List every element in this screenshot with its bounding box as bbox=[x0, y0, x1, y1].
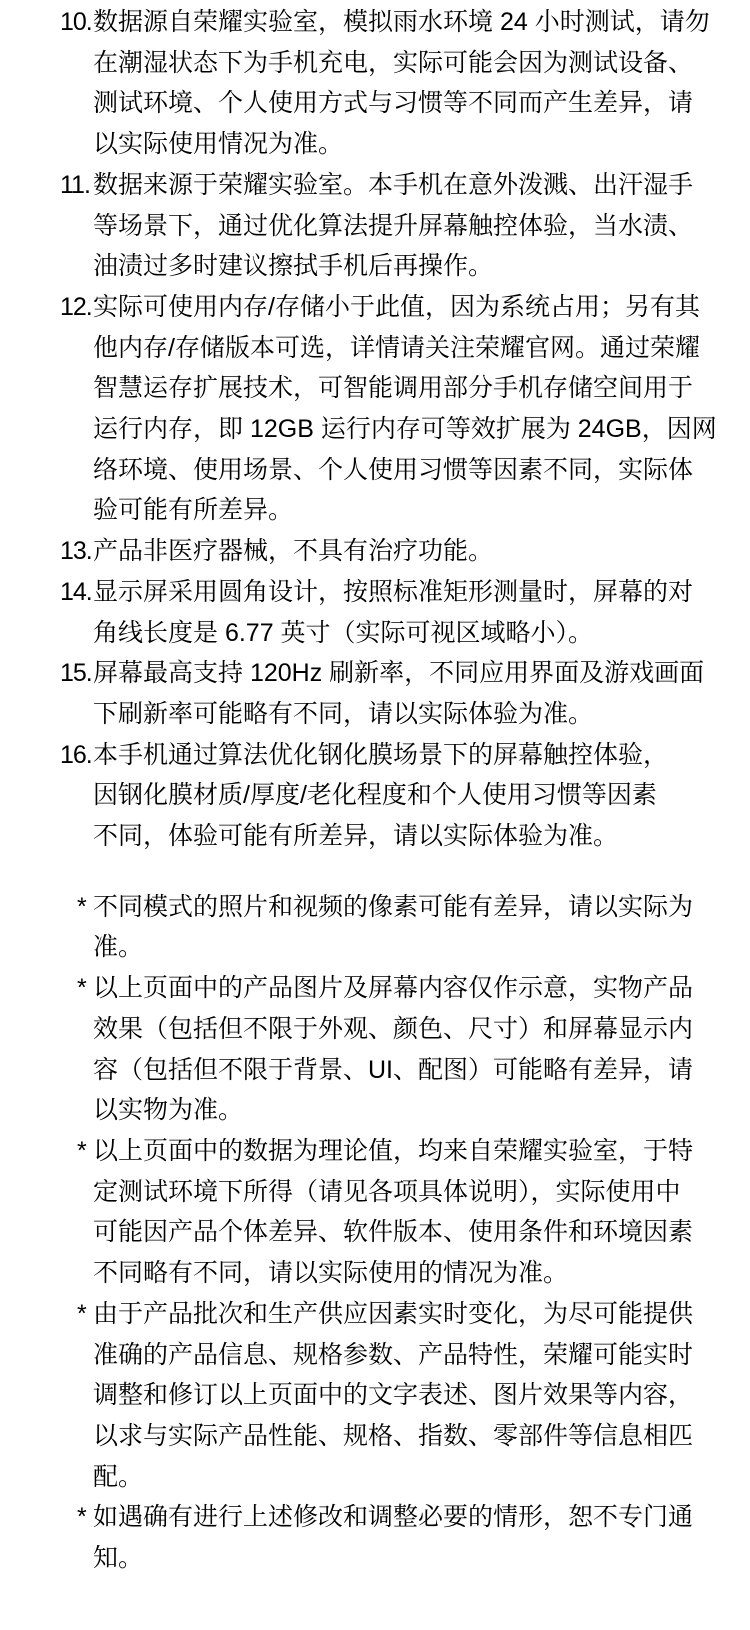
asterisk-marker: * bbox=[77, 887, 93, 928]
asterisk-marker: * bbox=[77, 968, 93, 1009]
footnote-number: 15. bbox=[60, 653, 93, 694]
footnote-number: 10. bbox=[60, 2, 93, 43]
starred-note-1: * 不同模式的照片和视频的像素可能有差异，请以实际为 准。 bbox=[0, 887, 750, 968]
footnote-number: 13. bbox=[60, 531, 93, 572]
footnote-text: 产品非医疗器械，不具有治疗功能。 bbox=[93, 531, 730, 572]
footnote-item-12: 12. 实际可使用内存/存储小于此值，因为系统占用；另有其 他内存/存储版本可选… bbox=[0, 287, 750, 531]
footnote-item-11: 11. 数据来源于荣耀实验室。本手机在意外泼溅、出汗湿手 等场景下，通过优化算法… bbox=[0, 165, 750, 287]
footnotes-content: 10. 数据源自荣耀实验室，模拟雨水环境 24 小时测试，请勿 在潮湿状态下为手… bbox=[0, 0, 750, 1579]
starred-note-5: * 如遇确有进行上述修改和调整必要的情形，恕不专门通 知。 bbox=[0, 1497, 750, 1578]
starred-note-text: 由于产品批次和生产供应因素实时变化，为尽可能提供 准确的产品信息、规格参数、产品… bbox=[93, 1294, 730, 1498]
footnote-number: 11. bbox=[60, 165, 93, 206]
footnote-text: 数据源自荣耀实验室，模拟雨水环境 24 小时测试，请勿 在潮湿状态下为手机充电，… bbox=[93, 2, 730, 165]
disclaimer-page: 10. 数据源自荣耀实验室，模拟雨水环境 24 小时测试，请勿 在潮湿状态下为手… bbox=[0, 0, 750, 1630]
starred-note-text: 如遇确有进行上述修改和调整必要的情形，恕不专门通 知。 bbox=[93, 1497, 730, 1578]
asterisk-marker: * bbox=[77, 1294, 93, 1335]
footnote-number: 16. bbox=[60, 735, 93, 776]
starred-notes-list: * 不同模式的照片和视频的像素可能有差异，请以实际为 准。 * 以上页面中的产品… bbox=[0, 887, 750, 1579]
starred-note-text: 以上页面中的数据为理论值，均来自荣耀实验室，于特 定测试环境下所得（请见各项具体… bbox=[93, 1131, 730, 1294]
starred-note-text: 不同模式的照片和视频的像素可能有差异，请以实际为 准。 bbox=[93, 887, 730, 968]
footnote-text: 数据来源于荣耀实验室。本手机在意外泼溅、出汗湿手 等场景下，通过优化算法提升屏幕… bbox=[93, 165, 730, 287]
starred-note-text: 以上页面中的产品图片及屏幕内容仅作示意，实物产品 效果（包括但不限于外观、颜色、… bbox=[93, 968, 730, 1131]
footnote-text: 实际可使用内存/存储小于此值，因为系统占用；另有其 他内存/存储版本可选，详情请… bbox=[93, 287, 730, 531]
starred-note-2: * 以上页面中的产品图片及屏幕内容仅作示意，实物产品 效果（包括但不限于外观、颜… bbox=[0, 968, 750, 1131]
numbered-footnotes-list: 10. 数据源自荣耀实验室，模拟雨水环境 24 小时测试，请勿 在潮湿状态下为手… bbox=[0, 2, 750, 857]
footnote-number: 12. bbox=[60, 287, 93, 328]
footnote-item-14: 14. 显示屏采用圆角设计，按照标准矩形测量时，屏幕的对 角线长度是 6.77 … bbox=[0, 572, 750, 653]
starred-note-4: * 由于产品批次和生产供应因素实时变化，为尽可能提供 准确的产品信息、规格参数、… bbox=[0, 1294, 750, 1498]
footnote-item-13: 13. 产品非医疗器械，不具有治疗功能。 bbox=[0, 531, 750, 572]
footnote-number: 14. bbox=[60, 572, 93, 613]
footnote-text: 显示屏采用圆角设计，按照标准矩形测量时，屏幕的对 角线长度是 6.77 英寸（实… bbox=[93, 572, 730, 653]
asterisk-marker: * bbox=[77, 1497, 93, 1538]
footnote-text: 屏幕最高支持 120Hz 刷新率，不同应用界面及游戏画面 下刷新率可能略有不同，… bbox=[93, 653, 730, 734]
footnote-text: 本手机通过算法优化钢化膜场景下的屏幕触控体验， 因钢化膜材质/厚度/老化程度和个… bbox=[93, 735, 730, 857]
asterisk-marker: * bbox=[77, 1131, 93, 1172]
footnote-item-15: 15. 屏幕最高支持 120Hz 刷新率，不同应用界面及游戏画面 下刷新率可能略… bbox=[0, 653, 750, 734]
starred-note-3: * 以上页面中的数据为理论值，均来自荣耀实验室，于特 定测试环境下所得（请见各项… bbox=[0, 1131, 750, 1294]
footnote-item-10: 10. 数据源自荣耀实验室，模拟雨水环境 24 小时测试，请勿 在潮湿状态下为手… bbox=[0, 2, 750, 165]
footnote-item-16: 16. 本手机通过算法优化钢化膜场景下的屏幕触控体验， 因钢化膜材质/厚度/老化… bbox=[0, 735, 750, 857]
